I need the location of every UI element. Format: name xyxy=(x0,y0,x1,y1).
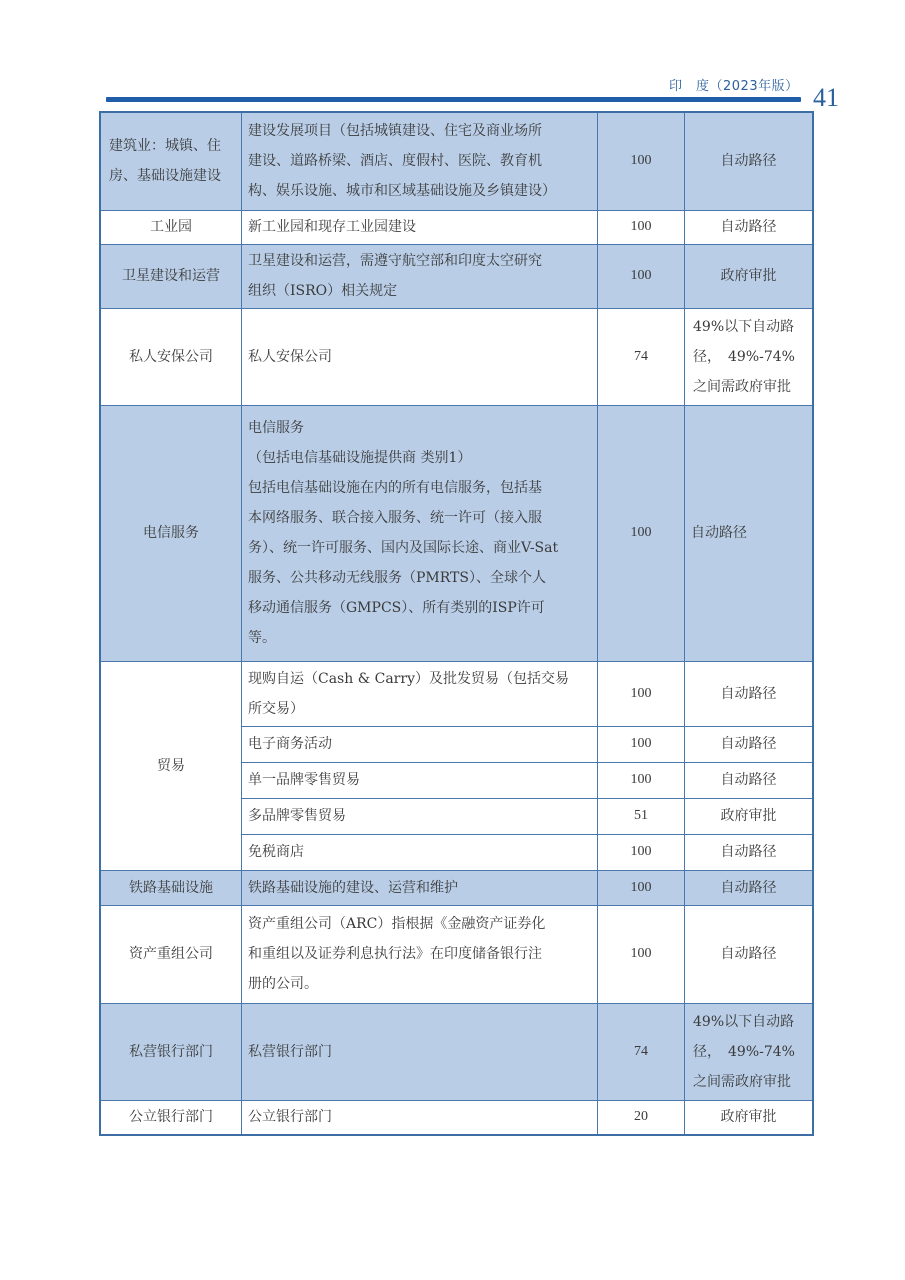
sector-cell: 工业园 xyxy=(100,210,242,244)
route-cell: 自动路径 xyxy=(685,661,814,726)
sector-cell: 公立银行部门 xyxy=(100,1100,242,1135)
route-cell: 政府审批 xyxy=(685,244,814,308)
page-number: 41 xyxy=(813,83,839,113)
description-cell: 资产重组公司（ARC）指根据《金融资产证券化 和重组以及证券利息执行法》在印度储… xyxy=(242,905,598,1003)
description-cell: 电子商务活动 xyxy=(242,726,598,762)
table-row: 建筑业：城镇、住 房、基础设施建设 建设发展项目（包括城镇建设、住宅及商业场所 … xyxy=(100,112,813,210)
table-row: 卫星建设和运营 卫星建设和运营，需遵守航空部和印度太空研究 组织（ISRO）相关… xyxy=(100,244,813,308)
percentage-cell: 100 xyxy=(598,210,685,244)
sector-cell: 私营银行部门 xyxy=(100,1003,242,1100)
route-cell: 自动路径 xyxy=(685,762,814,798)
description-cell: 免税商店 xyxy=(242,834,598,870)
percentage-cell: 100 xyxy=(598,870,685,905)
route-cell: 自动路径 xyxy=(685,405,814,661)
description-cell: 新工业园和现存工业园建设 xyxy=(242,210,598,244)
sector-cell: 建筑业：城镇、住 房、基础设施建设 xyxy=(100,112,242,210)
table-row: 工业园 新工业园和现存工业园建设 100 自动路径 xyxy=(100,210,813,244)
header-rule-divider xyxy=(106,97,801,102)
percentage-cell: 100 xyxy=(598,244,685,308)
route-cell: 自动路径 xyxy=(685,726,814,762)
table-row: 电信服务 电信服务 （包括电信基础设施提供商 类别1） 包括电信基础设施在内的所… xyxy=(100,405,813,661)
table-row: 公立银行部门 公立银行部门 20 政府审批 xyxy=(100,1100,813,1135)
percentage-cell: 100 xyxy=(598,762,685,798)
description-cell: 电信服务 （包括电信基础设施提供商 类别1） 包括电信基础设施在内的所有电信服务… xyxy=(242,405,598,661)
table-row: 私人安保公司 私人安保公司 74 49%以下自动路 径， 49%-74% 之间需… xyxy=(100,308,813,405)
description-cell: 卫星建设和运营，需遵守航空部和印度太空研究 组织（ISRO）相关规定 xyxy=(242,244,598,308)
table-row: 私营银行部门 私营银行部门 74 49%以下自动路 径， 49%-74% 之间需… xyxy=(100,1003,813,1100)
sector-cell: 卫星建设和运营 xyxy=(100,244,242,308)
sector-cell: 资产重组公司 xyxy=(100,905,242,1003)
table-row: 铁路基础设施 铁路基础设施的建设、运营和维护 100 自动路径 xyxy=(100,870,813,905)
description-cell: 多品牌零售贸易 xyxy=(242,798,598,834)
route-cell: 政府审批 xyxy=(685,798,814,834)
route-cell: 政府审批 xyxy=(685,1100,814,1135)
percentage-cell: 51 xyxy=(598,798,685,834)
percentage-cell: 100 xyxy=(598,112,685,210)
route-cell: 自动路径 xyxy=(685,905,814,1003)
percentage-cell: 100 xyxy=(598,834,685,870)
percentage-cell: 20 xyxy=(598,1100,685,1135)
route-cell: 49%以下自动路 径， 49%-74% 之间需政府审批 xyxy=(685,308,814,405)
route-cell: 自动路径 xyxy=(685,210,814,244)
table-row: 贸易 现购自运（Cash & Carry）及批发贸易（包括交易 所交易） 100… xyxy=(100,661,813,726)
percentage-cell: 74 xyxy=(598,1003,685,1100)
percentage-cell: 100 xyxy=(598,661,685,726)
description-cell: 铁路基础设施的建设、运营和维护 xyxy=(242,870,598,905)
description-cell: 私营银行部门 xyxy=(242,1003,598,1100)
percentage-cell: 74 xyxy=(598,308,685,405)
fdi-sector-table: 建筑业：城镇、住 房、基础设施建设 建设发展项目（包括城镇建设、住宅及商业场所 … xyxy=(99,111,814,1136)
sector-cell: 电信服务 xyxy=(100,405,242,661)
description-cell: 现购自运（Cash & Carry）及批发贸易（包括交易 所交易） xyxy=(242,661,598,726)
table-row: 资产重组公司 资产重组公司（ARC）指根据《金融资产证券化 和重组以及证券利息执… xyxy=(100,905,813,1003)
route-cell: 自动路径 xyxy=(685,870,814,905)
percentage-cell: 100 xyxy=(598,405,685,661)
route-cell: 自动路径 xyxy=(685,112,814,210)
route-cell: 自动路径 xyxy=(685,834,814,870)
description-cell: 建设发展项目（包括城镇建设、住宅及商业场所 建设、道路桥梁、酒店、度假村、医院、… xyxy=(242,112,598,210)
description-cell: 公立银行部门 xyxy=(242,1100,598,1135)
percentage-cell: 100 xyxy=(598,905,685,1003)
description-cell: 私人安保公司 xyxy=(242,308,598,405)
sector-cell: 贸易 xyxy=(100,661,242,870)
percentage-cell: 100 xyxy=(598,726,685,762)
route-cell: 49%以下自动路 径， 49%-74% 之间需政府审批 xyxy=(685,1003,814,1100)
description-cell: 单一品牌零售贸易 xyxy=(242,762,598,798)
sector-cell: 铁路基础设施 xyxy=(100,870,242,905)
sector-cell: 私人安保公司 xyxy=(100,308,242,405)
running-header-title: 印 度（2023年版） xyxy=(669,75,799,94)
